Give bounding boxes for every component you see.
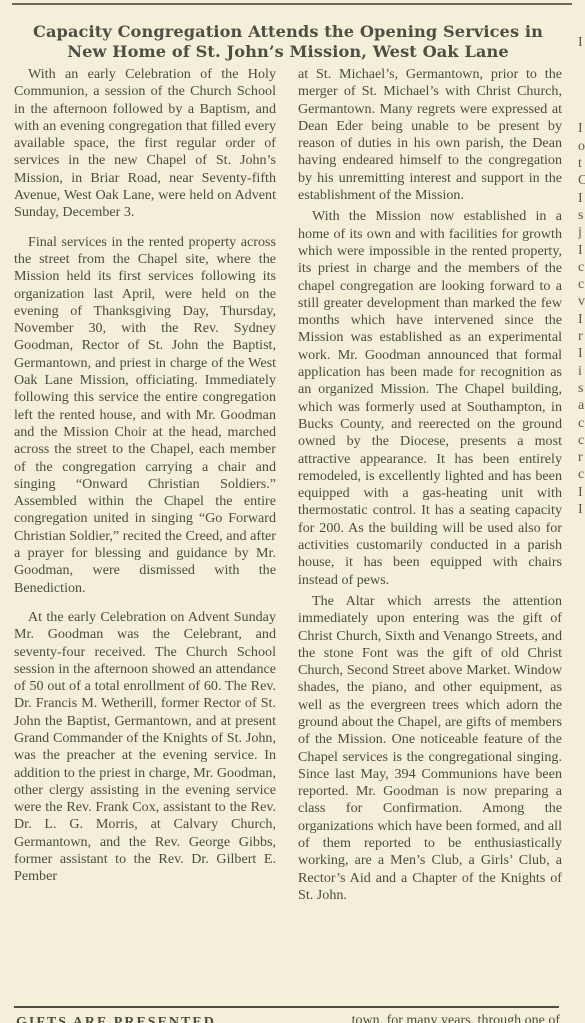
edge-fragment: C [578,172,585,189]
edge-fragment: i [578,363,585,380]
edge-fragment: I [578,34,585,51]
edge-fragment: c [578,432,585,449]
headline-line-2: New Home of St. John’s Mission, West Oak… [67,42,509,61]
edge-fragment: a [578,397,585,414]
edge-fragment: r [578,449,585,466]
paragraph: At the early Celebration on Advent Sunda… [14,609,276,886]
edge-fragment: I [578,242,585,259]
edge-fragment: c [578,276,585,293]
edge-fragment: I [578,120,585,137]
edge-fragment [578,86,585,103]
paragraph: With the Mission now established in a ho… [298,208,562,589]
edge-fragment: I [578,484,585,501]
edge-fragment: s [578,207,585,224]
edge-fragment [578,69,585,86]
headline: Capacity Congregation Attends the Openin… [8,22,568,61]
edge-fragment: I [578,311,585,328]
paragraph: Final services in the rented property ac… [14,234,276,597]
paragraph: The Altar which arrests the attention im… [298,593,562,904]
edge-fragment [578,103,585,120]
paragraph: With an early Celebration of the Holy Co… [14,66,276,222]
edge-fragment: s [578,380,585,397]
edge-fragment: r [578,328,585,345]
edge-fragment: c [578,259,585,276]
section-divider [14,1006,559,1008]
edge-fragment: c [578,415,585,432]
edge-fragment: c [578,466,585,483]
edge-fragment: t [578,155,585,172]
edge-fragment: o [578,138,585,155]
next-article-heading-fragment: GIFTS ARE PRESENTED [16,1015,256,1023]
edge-fragment: I [578,345,585,362]
right-column: at St. Michael’s, Germantown, prior to t… [298,66,562,904]
edge-fragment: v [578,293,585,310]
headline-line-1: Capacity Congregation Attends the Openin… [33,22,543,41]
top-rule [12,3,572,5]
edge-fragment: j [578,224,585,241]
next-article-text-fragment: town, for many years, through one of [298,1013,560,1023]
adjacent-page-edge: I IotCIsjIccvIrIisaccrcII [578,0,585,1023]
paragraph-continued: at St. Michael’s, Germantown, prior to t… [298,66,562,204]
edge-fragment: I [578,501,585,518]
edge-fragment [578,51,585,68]
left-column: With an early Celebration of the Holy Co… [14,66,276,886]
edge-fragment: I [578,190,585,207]
